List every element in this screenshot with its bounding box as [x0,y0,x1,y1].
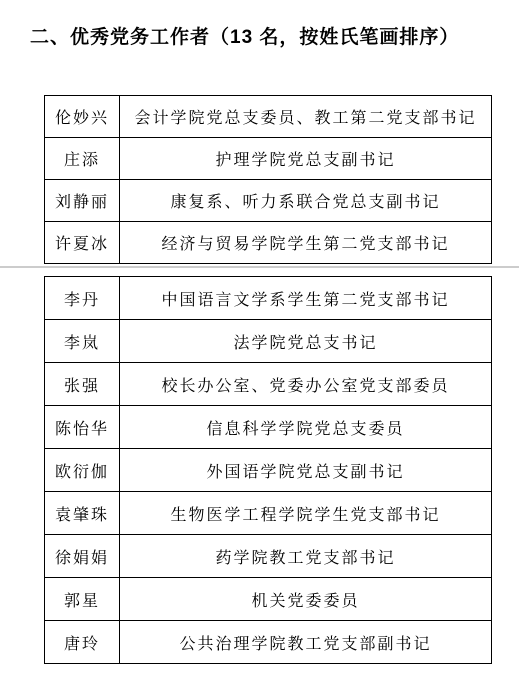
table-row: 刘静丽康复系、听力系联合党总支副书记 [45,180,492,222]
awardee-position: 法学院党总支书记 [120,320,492,363]
table-row: 欧衍伽外国语学院党总支副书记 [45,449,492,492]
awardee-position: 公共治理学院教工党支部副书记 [120,621,492,664]
page-break-divider [0,266,519,268]
awardee-position: 中国语言文学系学生第二党支部书记 [120,277,492,320]
table-row: 李岚法学院党总支书记 [45,320,492,363]
awardee-name: 刘静丽 [45,180,120,222]
table-row: 庄添护理学院党总支副书记 [45,138,492,180]
table-row: 唐玲公共治理学院教工党支部副书记 [45,621,492,664]
table-row: 许夏冰经济与贸易学院学生第二党支部书记 [45,222,492,264]
awardee-name: 李岚 [45,320,120,363]
section-title: 二、优秀党务工作者（13 名，按姓氏笔画排序） [30,22,459,49]
awardee-position: 药学院教工党支部书记 [120,535,492,578]
document-page: 二、优秀党务工作者（13 名，按姓氏笔画排序） 伦妙兴会计学院党总支委员、教工第… [0,0,519,673]
awardee-name: 欧衍伽 [45,449,120,492]
awardee-position: 生物医学工程学院学生党支部书记 [120,492,492,535]
awardee-name: 庄添 [45,138,120,180]
table-row: 张强校长办公室、党委办公室党支部委员 [45,363,492,406]
awardee-position: 信息科学学院党总支委员 [120,406,492,449]
awardee-position: 会计学院党总支委员、教工第二党支部书记 [120,96,492,138]
awardee-name: 袁肇珠 [45,492,120,535]
awardee-name: 陈怡华 [45,406,120,449]
awardee-position: 机关党委委员 [120,578,492,621]
awardee-position: 康复系、听力系联合党总支副书记 [120,180,492,222]
awardee-name: 李丹 [45,277,120,320]
awardees-table-part1: 伦妙兴会计学院党总支委员、教工第二党支部书记庄添护理学院党总支副书记刘静丽康复系… [44,95,492,264]
awardee-name: 伦妙兴 [45,96,120,138]
table-row: 伦妙兴会计学院党总支委员、教工第二党支部书记 [45,96,492,138]
awardees-table-part2: 李丹中国语言文学系学生第二党支部书记李岚法学院党总支书记张强校长办公室、党委办公… [44,276,492,664]
table-row: 李丹中国语言文学系学生第二党支部书记 [45,277,492,320]
table-row: 郭星机关党委委员 [45,578,492,621]
awardee-name: 郭星 [45,578,120,621]
table-row: 徐娟娟药学院教工党支部书记 [45,535,492,578]
awardee-name: 张强 [45,363,120,406]
awardee-position: 护理学院党总支副书记 [120,138,492,180]
awardee-name: 徐娟娟 [45,535,120,578]
awardee-position: 外国语学院党总支副书记 [120,449,492,492]
table-row: 袁肇珠生物医学工程学院学生党支部书记 [45,492,492,535]
table-row: 陈怡华信息科学学院党总支委员 [45,406,492,449]
awardee-position: 校长办公室、党委办公室党支部委员 [120,363,492,406]
awardee-name: 唐玲 [45,621,120,664]
awardee-name: 许夏冰 [45,222,120,264]
awardee-position: 经济与贸易学院学生第二党支部书记 [120,222,492,264]
